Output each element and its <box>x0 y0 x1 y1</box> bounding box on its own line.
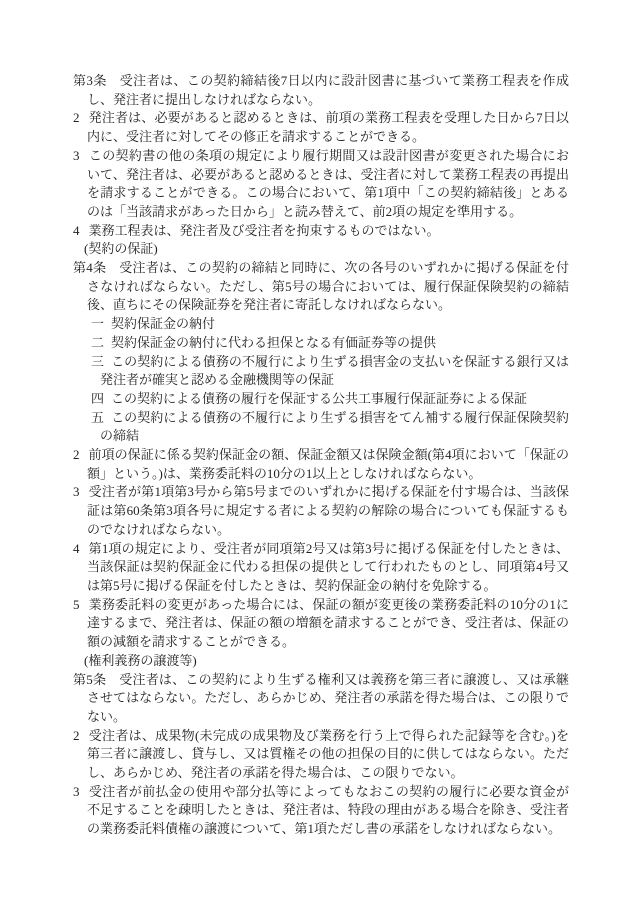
paragraph-text: 受注者は、この契約締結後7日以内に設計図書に基づいて業務工程表を作成し、発注者に… <box>87 73 569 107</box>
paragraph-number: 3 <box>73 784 80 799</box>
numbered-paragraph: 3受注者が前払金の使用や部分払等によってもなおこの契約の履行に必要な資金が不足す… <box>73 783 569 839</box>
numbered-paragraph: 2前項の保証に係る契約保証金の額、保証金額又は保険金額(第4項において「保証の額… <box>73 446 569 483</box>
paragraph-number: 第5条 <box>73 672 106 687</box>
numbered-paragraph: 4業務工程表は、発注者及び受注者を拘束するものではない。 <box>73 222 569 241</box>
paragraph-number: 2 <box>73 728 80 743</box>
list-item: 三この契約による債務の不履行により生ずる損害金の支払いを保証する銀行又は発注者が… <box>73 353 569 390</box>
paragraph-text: 受注者が前払金の使用や部分払等によってもなおこの契約の履行に必要な資金が不足する… <box>87 784 569 836</box>
numbered-paragraph: 4第1項の規定により、受注者が同項第2号又は第3号に掲げる保証を付したときは、当… <box>73 540 569 596</box>
paragraph-number: 3 <box>73 148 80 163</box>
paragraph-text: 受注者は、成果物(未完成の成果物及び業務を行う上で得られた記録等を含む。)を第三… <box>87 728 569 780</box>
list-item: 四この契約による債務の履行を保証する公共工事履行保証証券による保証 <box>73 390 569 409</box>
paragraph-text: 業務委託料の変更があった場合には、保証の額が変更後の業務委託料の10分の1に達す… <box>87 597 569 649</box>
section-heading: (契約の保証) <box>73 240 569 259</box>
paragraph-text: 業務工程表は、発注者及び受注者を拘束するものではない。 <box>89 223 440 238</box>
paragraph-text: 前項の保証に係る契約保証金の額、保証金額又は保険金額(第4項において「保証の額」… <box>87 447 569 481</box>
paragraph-text: この契約による債務の履行を保証する公共工事履行保証証券による保証 <box>111 391 527 406</box>
paragraph-text: 受注者が第1項第3号から第5号までのいずれかに掲げる保証を付す場合は、当該保証は… <box>87 484 569 536</box>
paragraph-number: 5 <box>73 597 80 612</box>
paragraph-number: 4 <box>73 223 80 238</box>
section-heading: (権利義務の譲渡等) <box>73 652 569 671</box>
paragraph-text: この契約による債務の不履行により生ずる損害金の支払いを保証する銀行又は発注者が確… <box>100 354 569 388</box>
paragraph-number: 2 <box>73 447 80 462</box>
numbered-paragraph: 2発注者は、必要があると認めるときは、前項の業務工程表を受理した日から7日以内に… <box>73 109 569 146</box>
numbered-paragraph: 3この契約書の他の条項の規定により履行期間又は設計図書が変更された場合において、… <box>73 147 569 222</box>
paragraph-text: 発注者は、必要があると認めるときは、前項の業務工程表を受理した日から7日以内に、… <box>87 110 569 144</box>
paragraph-number: 第4条 <box>73 260 106 275</box>
list-item: 二契約保証金の納付に代わる担保となる有価証券等の提供 <box>73 334 569 353</box>
paragraph-text: この契約書の他の条項の規定により履行期間又は設計図書が変更された場合において、発… <box>87 148 569 219</box>
paragraph-text: 受注者は、この契約により生ずる権利又は義務を第三者に譲渡し、又は承継させてはなら… <box>87 672 569 724</box>
paragraph-number: 第3条 <box>73 73 107 88</box>
paragraph-text: 契約保証金の納付に代わる担保となる有価証券等の提供 <box>111 335 436 350</box>
article-paragraph: 第5条受注者は、この契約により生ずる権利又は義務を第三者に譲渡し、又は承継させて… <box>73 671 569 727</box>
item-number: 四 <box>91 391 104 406</box>
document-page: 第3条受注者は、この契約締結後7日以内に設計図書に基づいて業務工程表を作成し、発… <box>0 0 630 903</box>
list-item: 五この契約による債務の不履行により生ずる損害をてん補する履行保証保険契約の締結 <box>73 409 569 446</box>
item-number: 二 <box>91 335 104 350</box>
item-number: 五 <box>91 410 104 425</box>
article-paragraph: 第3条受注者は、この契約締結後7日以内に設計図書に基づいて業務工程表を作成し、発… <box>73 72 569 109</box>
item-number: 三 <box>91 354 104 369</box>
numbered-paragraph: 2受注者は、成果物(未完成の成果物及び業務を行う上で得られた記録等を含む。)を第… <box>73 727 569 783</box>
numbered-paragraph: 5業務委託料の変更があった場合には、保証の額が変更後の業務委託料の10分の1に達… <box>73 596 569 652</box>
item-number: 一 <box>91 316 104 331</box>
paragraph-text: 第1項の規定により、受注者が同項第2号又は第3号に掲げる保証を付したときは、当該… <box>87 541 569 593</box>
paragraph-text: 受注者は、この契約の締結と同時に、次の各号のいずれかに掲げる保証を付さなければな… <box>87 260 569 312</box>
list-item: 一契約保証金の納付 <box>73 315 569 334</box>
paragraph-number: 3 <box>73 484 80 499</box>
paragraph-number: 2 <box>73 110 80 125</box>
paragraph-text: 契約保証金の納付 <box>111 316 215 331</box>
document-body: 第3条受注者は、この契約締結後7日以内に設計図書に基づいて業務工程表を作成し、発… <box>73 72 569 839</box>
article-paragraph: 第4条受注者は、この契約の締結と同時に、次の各号のいずれかに掲げる保証を付さなけ… <box>73 259 569 315</box>
paragraph-number: 4 <box>73 541 80 556</box>
paragraph-text: この契約による債務の不履行により生ずる損害をてん補する履行保証保険契約の締結 <box>100 410 569 444</box>
numbered-paragraph: 3受注者が第1項第3号から第5号までのいずれかに掲げる保証を付す場合は、当該保証… <box>73 483 569 539</box>
